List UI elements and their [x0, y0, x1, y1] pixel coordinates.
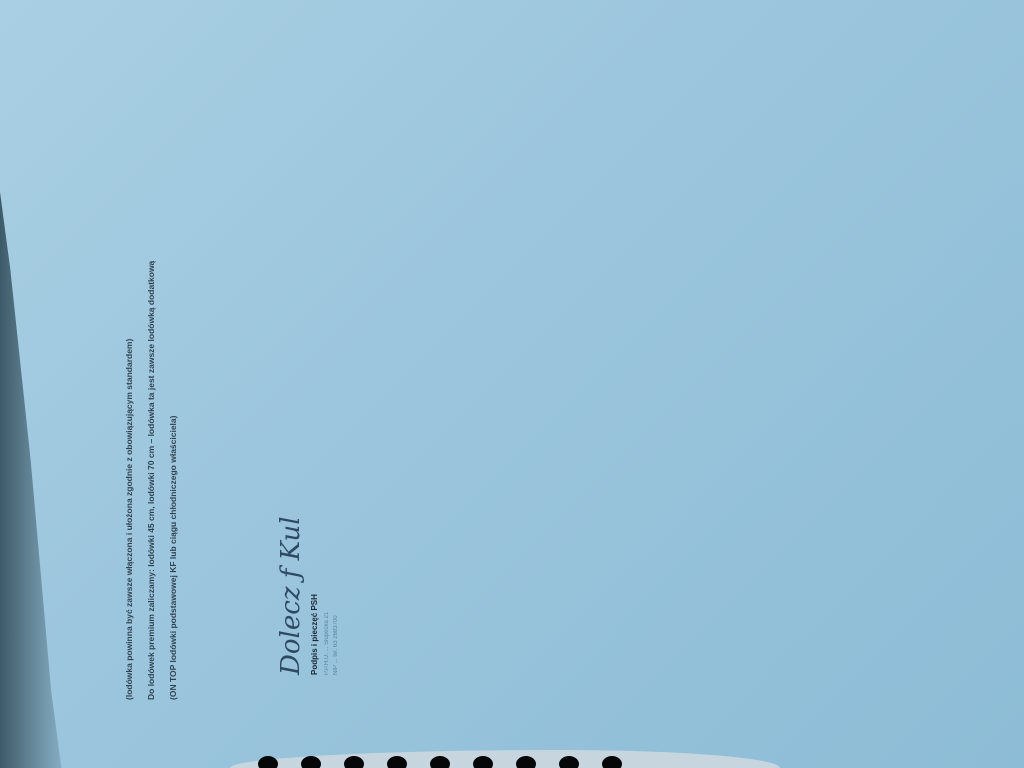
binder-hole	[301, 756, 321, 768]
binder-hole	[430, 756, 450, 768]
binder-edge	[230, 750, 780, 768]
note-line: (lodówka powinna być zawsze włączona i u…	[118, 60, 140, 700]
binder-hole	[602, 756, 622, 768]
binder-hole	[387, 756, 407, 768]
handwritten-signature: Dolecz ƒ Kul	[275, 516, 307, 675]
signature-block: Dolecz ƒ Kul Podpis i pieczęć PSH P.P.H.…	[275, 516, 341, 675]
binder-hole	[473, 756, 493, 768]
note-line: Do lodówek premium zaliczamy: lodówki 45…	[140, 60, 162, 700]
binder-hole	[516, 756, 536, 768]
stamp-line: P.P.H.U. ... Słupecka 21	[323, 516, 332, 675]
binder-hole	[344, 756, 364, 768]
signature-label: Podpis i pieczęć PSH	[307, 516, 323, 675]
notes-block: (lodówka powinna być zawsze włączona i u…	[118, 60, 184, 700]
note-line: (ON TOP lodówki podstawowej KF lub ciągu…	[162, 60, 184, 700]
binder-hole	[258, 756, 278, 768]
stamp-line: NIP ... tel. 63 2683700	[332, 516, 341, 675]
binder-hole	[559, 756, 579, 768]
